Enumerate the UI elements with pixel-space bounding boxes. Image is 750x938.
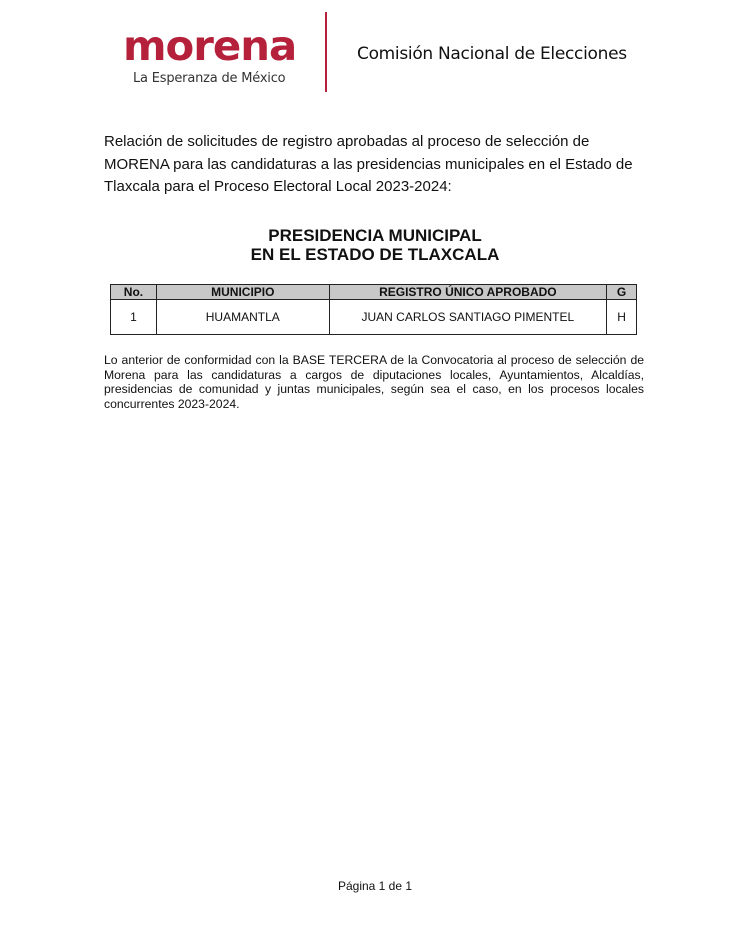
table-header-row: No. MUNICIPIO REGISTRO ÚNICO APROBADO G (111, 285, 637, 300)
column-header-registro: REGISTRO ÚNICO APROBADO (329, 285, 606, 300)
column-header-no: No. (111, 285, 157, 300)
morena-logo: morena (123, 26, 296, 67)
page-number: Página 1 de 1 (0, 879, 750, 893)
legal-note: Lo anterior de conformidad con la BASE T… (104, 353, 644, 411)
registration-table: No. MUNICIPIO REGISTRO ÚNICO APROBADO G … (110, 284, 637, 335)
organization-name: Comisión Nacional de Elecciones (357, 44, 627, 64)
cell-municipio: HUAMANTLA (156, 300, 329, 335)
cell-genero: H (607, 300, 637, 335)
title-line-1: PRESIDENCIA MUNICIPAL (100, 226, 650, 245)
column-header-genero: G (607, 285, 637, 300)
logo-tagline: La Esperanza de México (133, 71, 285, 86)
cell-no: 1 (111, 300, 157, 335)
intro-paragraph: Relación de solicitudes de registro apro… (104, 131, 652, 199)
column-header-municipio: MUNICIPIO (156, 285, 329, 300)
header-divider (325, 12, 327, 92)
title-line-2: EN EL ESTADO DE TLAXCALA (100, 245, 650, 264)
table-row: 1 HUAMANTLA JUAN CARLOS SANTIAGO PIMENTE… (111, 300, 637, 335)
document-title: PRESIDENCIA MUNICIPAL EN EL ESTADO DE TL… (100, 226, 650, 264)
cell-registro: JUAN CARLOS SANTIAGO PIMENTEL (329, 300, 606, 335)
